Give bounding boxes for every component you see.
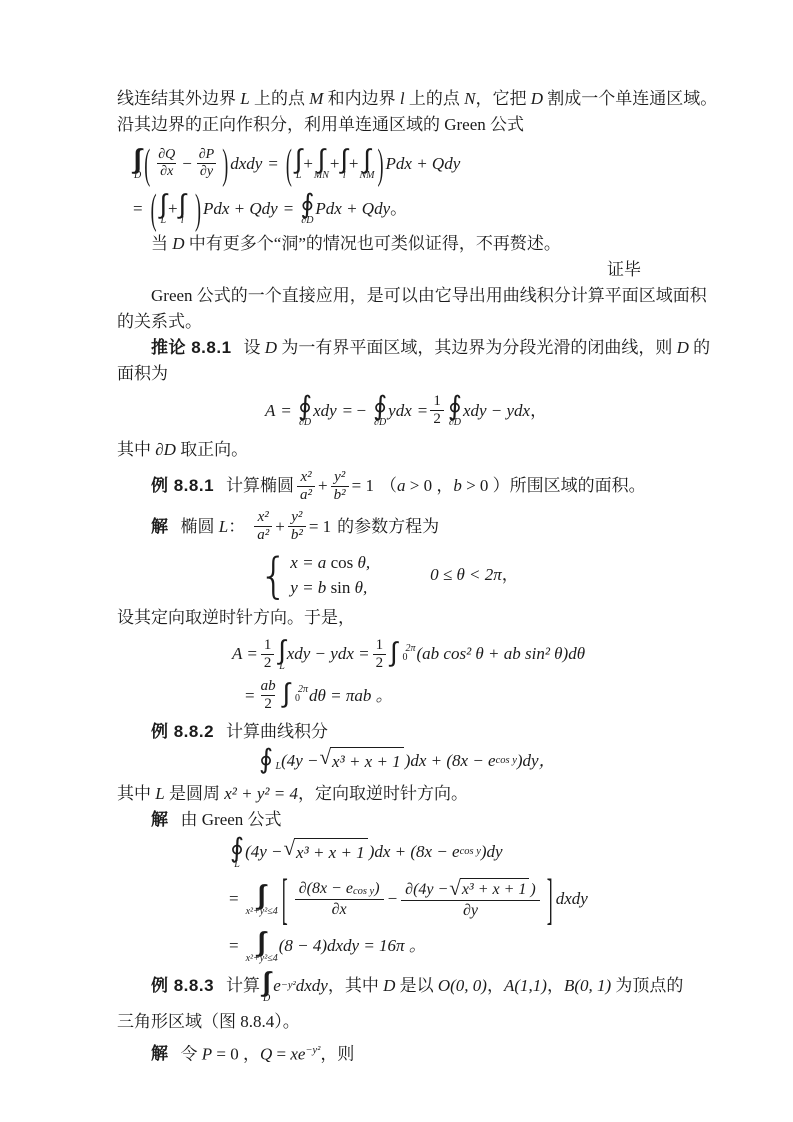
- page-content: 线连结其外边界 L 上的点 M 和内边界 l 上的点 N，它把 D 割成一个单连…: [117, 86, 699, 1067]
- area-formula: A = ∮∂D xdy = − ∮∂D ydx = 12 ∮∂D xdy − y…: [265, 393, 699, 429]
- sqrt-x3-x-1: √x³ + x + 1: [320, 747, 404, 775]
- double-integral-D-small: ∫∫ D: [263, 969, 270, 1004]
- curve-integral-restated: ∮L (4y − √x³ + x + 1 )dx + (8x − ecos y)…: [229, 835, 699, 870]
- corollary-label: 推论 8.8.1: [151, 338, 232, 357]
- body-line-8: 其中 L 是圆周 x² + y² = 4，定向取逆时针方向。: [117, 781, 699, 807]
- body-line-5: 的关系式。: [117, 309, 699, 335]
- x2-a2-fraction: x²a²: [297, 469, 315, 505]
- example-882-label: 例 8.8.2: [151, 722, 214, 741]
- body-line-6: 其中 ∂D 取正向。: [117, 437, 699, 463]
- green-formula-line2: = ( ∫L + ∫l ) Pdx + Qdy = ∮∂D Pdx + Qdy …: [133, 191, 699, 226]
- body-line-4: Green 公式的一个直接应用，是可以由它导出用曲线积分计算平面区域面积: [117, 283, 699, 309]
- body-line-1: 线连结其外边界 L 上的点 M 和内边界 l 上的点 N，它把 D 割成一个单连…: [117, 86, 699, 112]
- example-881-solution: 解 椭圆 L： x²a² + y²b² = 1 的参数方程为: [117, 509, 699, 545]
- example-882-heading: 例 8.8.2计算曲线积分: [117, 719, 699, 745]
- result-line: = ∫∫ x²+y²≤4 (8 − 4)dxdy = 16π 。: [229, 929, 699, 964]
- example-883-label: 例 8.8.3: [151, 973, 214, 999]
- area-computation-line1: A = 12 ∫L xdy − ydx = 12 ∫2π0 (ab cos² θ…: [232, 637, 699, 673]
- param-y: y = b sin θ,: [290, 575, 370, 600]
- oint-dD: ∮∂D: [300, 191, 314, 226]
- partial-x-fraction: ∂(8x − ecos y) ∂x: [295, 879, 384, 920]
- body-line-3: 当 D 中有更多个“洞”的情况也可类似证得，不再赘述。: [117, 231, 699, 257]
- left-paren: (: [144, 133, 150, 194]
- dP-dy-fraction: ∂P∂y: [196, 147, 217, 180]
- partial-y-fraction: ∂(4y −√x³ + x + 1) ∂y: [401, 878, 540, 921]
- right-bracket: ]: [547, 859, 553, 940]
- theta-range: 0 ≤ θ < 2π，: [430, 562, 519, 588]
- integral-0-2pi: ∫2π0: [390, 640, 415, 669]
- area-computation-line2: = ab2 ∫2π0 dθ = πab 。: [245, 678, 699, 714]
- y2-b2-fraction: y²b²: [331, 469, 349, 505]
- param-x: x = a cos θ,: [290, 550, 370, 575]
- double-integral-D: ∫∫ D: [134, 146, 141, 181]
- example-883-solution: 解令 P = 0 ，Q = xe−y²，则: [117, 1038, 699, 1068]
- example-881-label: 例 8.8.1: [151, 473, 214, 499]
- corollary-heading: 推论 8.8.1设 D 为一有界平面区域，其边界为分段光滑的闭曲线，则 D 的: [117, 335, 699, 361]
- right-paren: ): [222, 133, 228, 194]
- example-882-solution: 解由 Green 公式: [117, 807, 699, 833]
- corollary-cont: 面积为: [117, 361, 699, 387]
- example-881-heading: 例 8.8.1 计算椭圆 x²a² + y²b² = 1 （a > 0 ，b >…: [117, 469, 699, 505]
- cases-brace: {: [259, 550, 288, 598]
- oint-L: ∮L: [259, 747, 281, 776]
- example-883-cont: 三角形区域（图 8.8.4）。: [117, 1009, 699, 1035]
- example-883-heading: 例 8.8.3 计算 ∫∫ D e−y²dxdy ，其中 D 是以 O(0, 0…: [117, 969, 699, 1004]
- parametric-equations: { x = a cos θ, y = b sin θ, 0 ≤ θ < 2π，: [259, 550, 699, 600]
- double-integral-disk: ∫∫ x²+y²≤4: [246, 882, 278, 917]
- body-line-7: 设其定向取逆时针方向。于是，: [117, 605, 699, 631]
- body-line-2: 沿其边界的正向作积分，利用单连通区域的 Green 公式: [117, 112, 699, 138]
- textbook-page: { "page": {"bg": "#ffffff", "ink": "#1b1…: [0, 0, 793, 1122]
- dQ-dx-fraction: ∂Q∂x: [155, 147, 178, 180]
- qed-mark: 证毕: [117, 257, 699, 283]
- solution-label: 解: [151, 514, 169, 540]
- one-half-fraction: 12: [430, 393, 444, 429]
- green-application-line: = ∫∫ x²+y²≤4 [ ∂(8x − ecos y) ∂x − ∂(4y …: [229, 878, 699, 921]
- ab-over-2-fraction: ab2: [258, 678, 279, 714]
- left-bracket: [: [282, 859, 288, 940]
- curve-integral-display: ∮L (4y − √x³ + x + 1 )dx + (8x − ecos y)…: [259, 747, 699, 776]
- green-formula-line1: ∫∫ D ( ∂Q∂x − ∂P∂y ) dxdy = ( ∫L + ∫MN +…: [133, 146, 699, 181]
